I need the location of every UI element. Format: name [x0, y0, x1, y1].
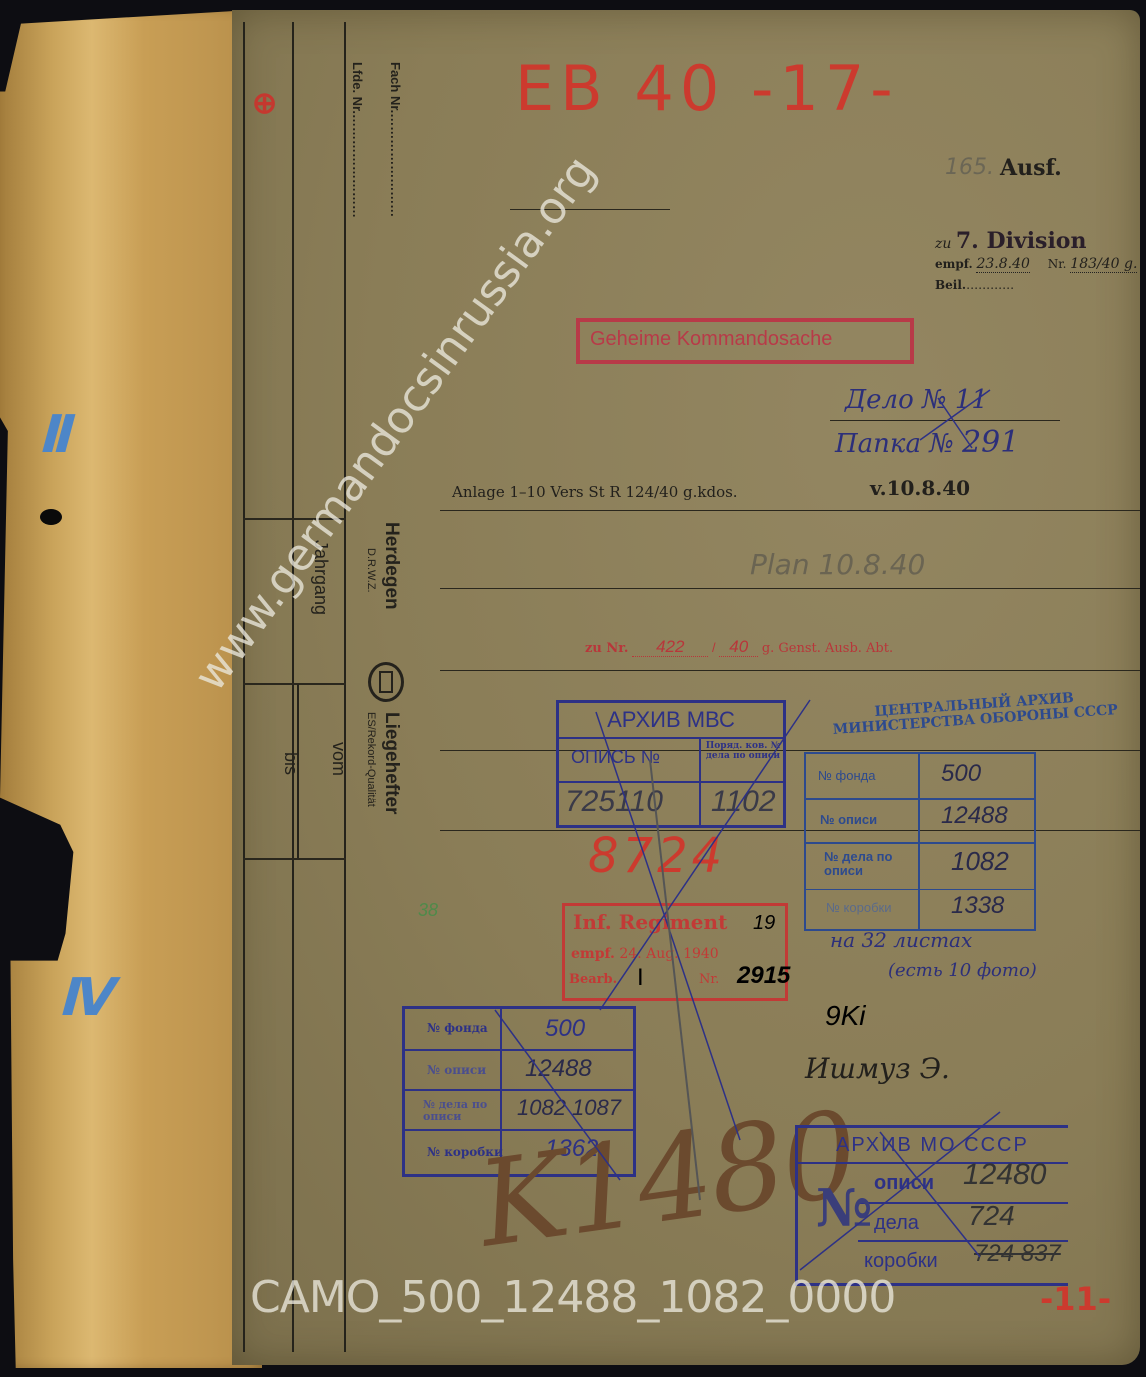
file-id-caption: CAMO_500_12488_1082_0000	[250, 1272, 895, 1323]
page-marker: -11-	[1040, 1280, 1111, 1318]
